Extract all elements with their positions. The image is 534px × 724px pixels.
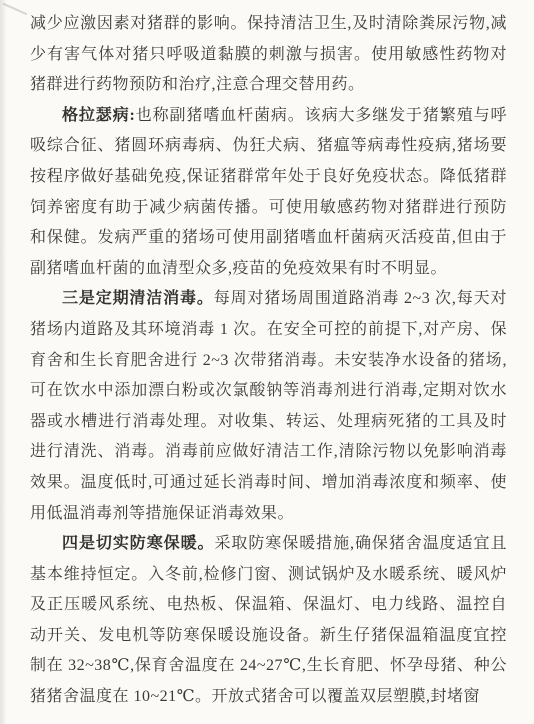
document-page: 减少应激因素对猪群的影响。保持清洁卫生,及时清除粪尿污物,减少有害气体对猪只呼吸…: [0, 0, 534, 724]
paragraph-body: 减少应激因素对猪群的影响。保持清洁卫生,及时清除粪尿污物,减少有害气体对猪只呼吸…: [30, 15, 507, 93]
text-column: 减少应激因素对猪群的影响。保持清洁卫生,及时清除粪尿污物,减少有害气体对猪只呼吸…: [30, 9, 507, 713]
paragraph-body: 每周对猪场周围道路消毒 2~3 次,每天对猪场内道路及其环境消毒 1 次。在安全…: [30, 290, 507, 521]
paragraph-glasser-disease: 格拉瑟病:也称副猪嗜血杆菌病。该病大多继发于猪繁殖与呼吸综合征、猪圆环病毒病、伪…: [30, 101, 507, 285]
paragraph-lead: 格拉瑟病:: [62, 107, 135, 124]
paragraph-lead: 三是定期清洁消毒。: [62, 290, 214, 307]
paragraph-body: 采取防寒保暖措施,确保猪舍温度适宜且基本维持恒定。入冬前,检修门窗、测试锅炉及水…: [30, 535, 507, 705]
paragraph-cold-protection: 四是切实防寒保暖。采取防寒保暖措施,确保猪舍温度适宜且基本维持恒定。入冬前,检修…: [30, 529, 507, 713]
paragraph-body: 也称副猪嗜血杆菌病。该病大多继发于猪繁殖与呼吸综合征、猪圆环病毒病、伪狂犬病、猪…: [30, 107, 507, 277]
paragraph-lead: 四是切实防寒保暖。: [62, 535, 214, 552]
paragraph-continuation: 减少应激因素对猪群的影响。保持清洁卫生,及时清除粪尿污物,减少有害气体对猪只呼吸…: [30, 9, 507, 101]
paragraph-disinfection: 三是定期清洁消毒。每周对猪场周围道路消毒 2~3 次,每天对猪场内道路及其环境消…: [30, 284, 507, 529]
